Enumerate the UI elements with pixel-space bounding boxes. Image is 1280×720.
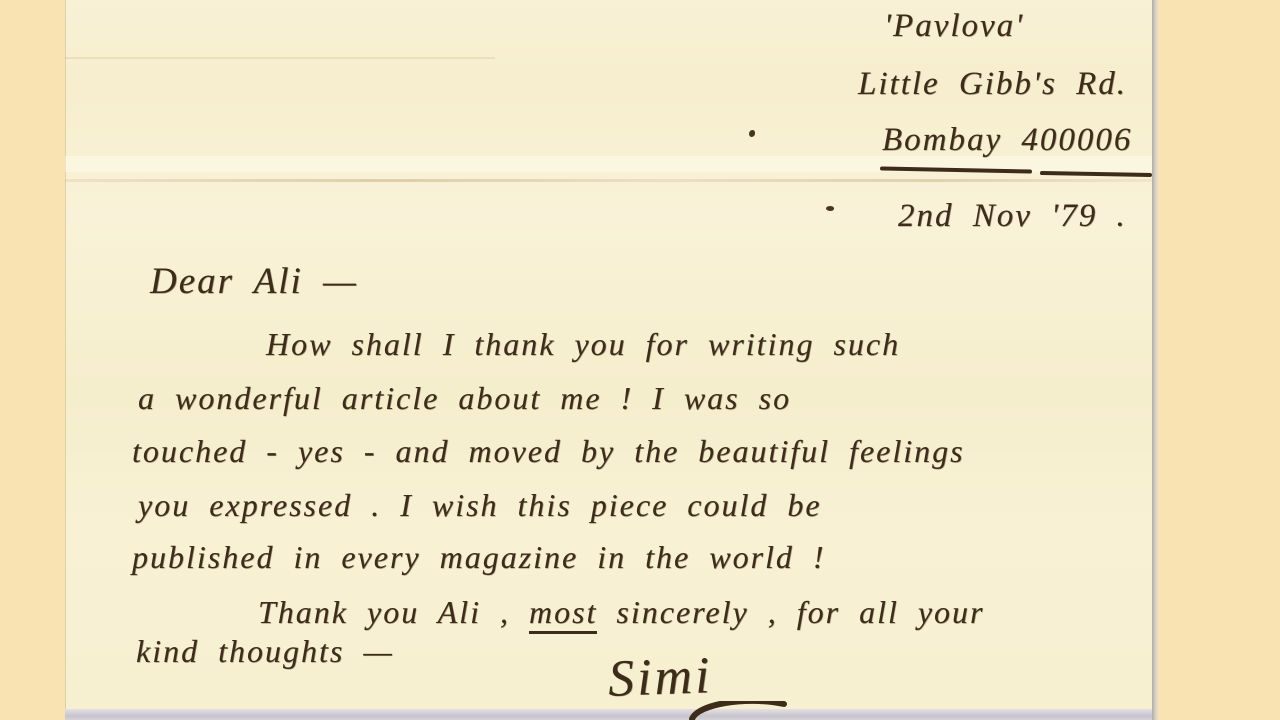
paper-right-edge bbox=[1152, 0, 1159, 720]
body-line-4: you expressed . I wish this piece could … bbox=[138, 487, 822, 524]
paper-crease-top bbox=[65, 57, 495, 59]
signature-flourish bbox=[688, 701, 788, 720]
letter-photo: 'Pavlova' Little Gibb's Rd. Bombay 40000… bbox=[0, 0, 1280, 720]
body-line-6: Thank you Ali , most sincerely , for all… bbox=[258, 594, 985, 631]
salutation: Dear Ali — bbox=[150, 260, 358, 303]
body-line-6-pre: Thank you Ali , bbox=[258, 594, 529, 630]
letter-date: 2nd Nov '79 . bbox=[898, 198, 1127, 235]
paper-bottom-edge bbox=[65, 709, 1152, 720]
body-line-2: a wonderful article about me ! I was so bbox=[138, 380, 791, 417]
sender-city: Bombay 400006 bbox=[882, 122, 1132, 159]
body-line-7: kind thoughts — bbox=[136, 633, 394, 670]
body-line-6-post: sincerely , for all your bbox=[597, 594, 984, 630]
body-line-6-emphasis: most bbox=[529, 594, 597, 634]
body-line-5: published in every magazine in the world… bbox=[132, 539, 826, 576]
body-line-3: touched - yes - and moved by the beautif… bbox=[132, 433, 965, 470]
sender-house-name: 'Pavlova' bbox=[884, 8, 1024, 45]
paper-crease-fold bbox=[65, 179, 1152, 182]
body-line-1: How shall I thank you for writing such bbox=[266, 326, 900, 363]
signature: Simi bbox=[607, 646, 713, 709]
sender-street: Little Gibb's Rd. bbox=[858, 66, 1127, 103]
